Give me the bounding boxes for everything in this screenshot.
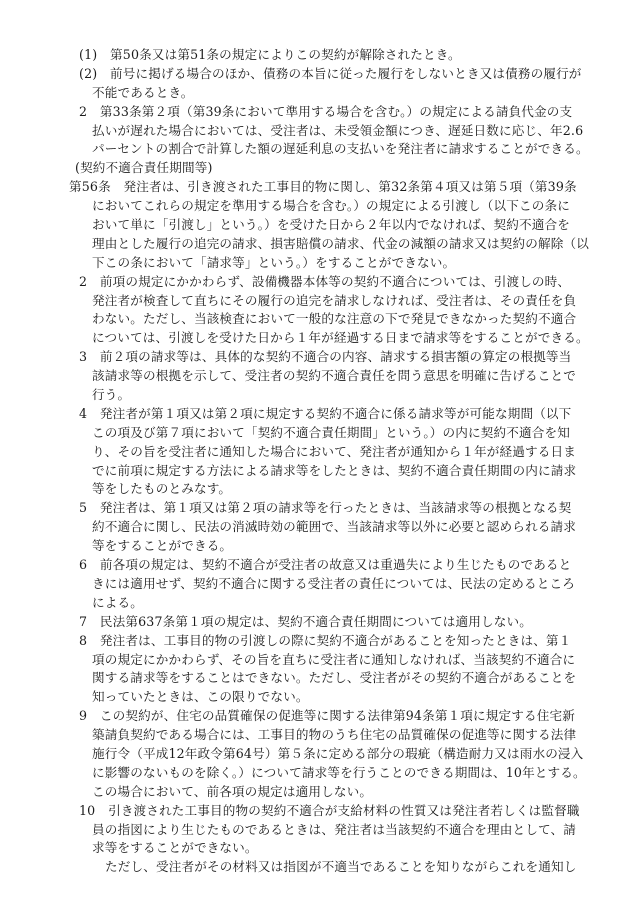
text-line: り、その旨を受注者に通知した場合において、発注者が通知から１年が経過する日ま [79, 443, 559, 462]
text-line: 等をしたものとみなす。 [79, 480, 559, 499]
text-line: パーセントの割合で計算した額の遅延利息の支払いを発注者に請求することができる。 [79, 140, 559, 159]
text-line: 7 民法第637条第１項の規定は、契約不適合責任期間については適用しない。 [79, 613, 559, 632]
text-line: 知っていたときは、この限りでない。 [79, 688, 559, 707]
clause-4: 4 発注者が第１項又は第２項に規定する契約不適合に係る請求等が可能な期間（以下 … [79, 405, 559, 499]
text-line: 理由とした履行の追完の請求、損害賠償の請求、代金の減額の請求又は契約の解除（以 [79, 235, 559, 254]
clause-8: 8 発注者は、工事目的物の引渡しの際に契約不適合があることを知ったときは、第１ … [79, 632, 559, 708]
text-line: おいて単に「引渡し」という。）を受けた日から２年以内でなければ、契約不適合を [79, 216, 559, 235]
article-56: 第56条 発注者は、引き渡された工事目的物に関し、第32条第４項又は第５項（第3… [79, 178, 559, 272]
item-2: (2) 前号に掲げる場合のほか、債務の本旨に従った履行をしないとき又は債務の履行… [79, 65, 559, 103]
text-line: 下この条において「請求等」という。）をすることができない。 [79, 254, 559, 273]
clause-2-late-payment: 2 第33条第２項（第39条において準用する場合を含む。）の規定による請負代金の… [79, 103, 559, 160]
text-line: 払いが遅れた場合においては、受注者は、未受領金額につき、遅延日数に応じ、年2.6 [79, 122, 559, 141]
text-line: 発注者が検査して直ちにその履行の追完を請求しなければ、受注者は、その責任を負 [79, 292, 559, 311]
heading-text: (契約不適合責任期間等) [75, 159, 559, 178]
text-line: に影響のないものを除く。）について請求等を行うことのできる期間は、10年とする。 [79, 764, 559, 783]
text-line: 等をすることができる。 [79, 537, 559, 556]
text-line: 行う。 [79, 386, 559, 405]
text-line: 施行令（平成12年政令第64号）第５条に定める部分の瑕疵（構造耐力又は雨水の浸入 [79, 745, 559, 764]
item-1: (1) 第50条又は第51条の規定によりこの契約が解除されたとき。 [79, 46, 559, 65]
contract-text: (1) 第50条又は第51条の規定によりこの契約が解除されたとき。 (2) 前号… [79, 46, 559, 877]
text-line: 2 第33条第２項（第39条において準用する場合を含む。）の規定による請負代金の… [79, 103, 559, 122]
text-line: 3 前２項の請求等は、具体的な契約不適合の内容、請求する損害額の算定の根拠等当 [79, 348, 559, 367]
clause-9: 9 この契約が、住宅の品質確保の促進等に関する法律第94条第１項に規定する住宅新… [79, 707, 559, 801]
text-line: 該請求等の根拠を示して、受注者の契約不適合責任を問う意思を明確に告げることで [79, 367, 559, 386]
section-heading: (契約不適合責任期間等) [79, 159, 559, 178]
text-line: 9 この契約が、住宅の品質確保の促進等に関する法律第94条第１項に規定する住宅新 [79, 707, 559, 726]
text-line: 5 発注者は、第１項又は第２項の請求等を行ったときは、当該請求等の根拠となる契 [79, 499, 559, 518]
text-line: 求等をすることができない。 [79, 839, 559, 858]
text-line: においてこれらの規定を準用する場合を含む。）の規定による引渡し（以下この条に [79, 197, 559, 216]
text-line: (1) 第50条又は第51条の規定によりこの契約が解除されたとき。 [79, 46, 559, 65]
text-line: による。 [79, 594, 559, 613]
text-line: 10 引き渡された工事目的物の契約不適合が支給材料の性質又は発注者若しくは監督職 [79, 802, 559, 821]
text-line: 約不適合に関し、民法の消滅時効の範囲で、当該請求等以外に必要と認められる請求 [79, 518, 559, 537]
text-line: 関する請求等をすることはできない。ただし、受注者がその契約不適合があることを [79, 669, 559, 688]
clause-5: 5 発注者は、第１項又は第２項の請求等を行ったときは、当該請求等の根拠となる契 … [79, 499, 559, 556]
text-line: きには適用せず、契約不適合に関する受注者の責任については、民法の定めるところ [79, 575, 559, 594]
text-line: 員の指図により生じたものであるときは、発注者は当該契約不適合を理由として、請 [79, 821, 559, 840]
text-line: この項及び第７項において「契約不適合責任期間」という。）の内に契約不適合を知 [79, 424, 559, 443]
text-line: わない。ただし、当該検査において一般的な注意の下で発見できなかった契約不適合 [79, 310, 559, 329]
text-line: 2 前項の規定にかかわらず、設備機器本体等の契約不適合については、引渡しの時、 [79, 273, 559, 292]
clause-7: 7 民法第637条第１項の規定は、契約不適合責任期間については適用しない。 [79, 613, 559, 632]
text-line: ただし、受注者がその材料又は指図が不適当であることを知りながらこれを通知し [79, 858, 559, 877]
proviso: ただし、受注者がその材料又は指図が不適当であることを知りながらこれを通知し [79, 858, 559, 877]
text-line: でに前項に規定する方法による請求等をしたときは、契約不適合責任期間の内に請求 [79, 462, 559, 481]
clause-3: 3 前２項の請求等は、具体的な契約不適合の内容、請求する損害額の算定の根拠等当 … [79, 348, 559, 405]
text-line: 8 発注者は、工事目的物の引渡しの際に契約不適合があることを知ったときは、第１ [79, 632, 559, 651]
text-line: 4 発注者が第１項又は第２項に規定する契約不適合に係る請求等が可能な期間（以下 [79, 405, 559, 424]
text-line: 不能であるとき。 [79, 84, 559, 103]
text-line: 項の規定にかかわらず、その旨を直ちに受注者に通知しなければ、当該契約不適合に [79, 651, 559, 670]
clause-6: 6 前各項の規定は、契約不適合が受注者の故意又は重過失により生じたものであると … [79, 556, 559, 613]
text-line: については、引渡しを受けた日から１年が経過する日まで請求等をすることができる。 [79, 329, 559, 348]
text-line: 築請負契約である場合には、工事目的物のうち住宅の品質確保の促進等に関する法律 [79, 726, 559, 745]
text-line: 6 前各項の規定は、契約不適合が受注者の故意又は重過失により生じたものであると [79, 556, 559, 575]
text-line: (2) 前号に掲げる場合のほか、債務の本旨に従った履行をしないとき又は債務の履行… [79, 65, 559, 84]
clause-10: 10 引き渡された工事目的物の契約不適合が支給材料の性質又は発注者若しくは監督職… [79, 802, 559, 859]
text-line: この場合において、前各項の規定は適用しない。 [79, 783, 559, 802]
clause-2: 2 前項の規定にかかわらず、設備機器本体等の契約不適合については、引渡しの時、 … [79, 273, 559, 349]
document-page: (1) 第50条又は第51条の規定によりこの契約が解除されたとき。 (2) 前号… [0, 0, 630, 903]
text-line: 第56条 発注者は、引き渡された工事目的物に関し、第32条第４項又は第５項（第3… [69, 178, 559, 197]
